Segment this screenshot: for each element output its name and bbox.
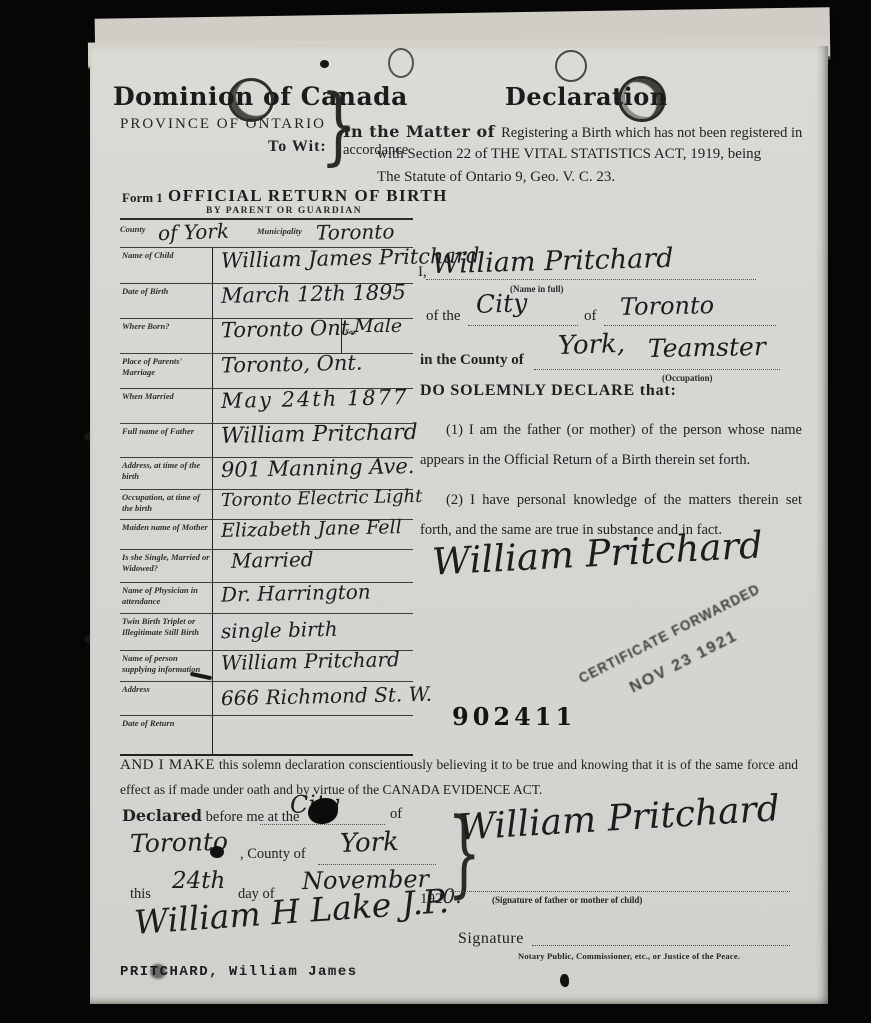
field-value: William Pritchard (221, 420, 418, 449)
table-row-date-of-return: Date of Return (120, 716, 413, 756)
this-label: this (130, 886, 151, 903)
solemnly-declare-heading: DO SOLEMNLY DECLARE that: (420, 382, 677, 400)
county-handwritten: York, (557, 329, 625, 361)
dotted-line (260, 824, 385, 825)
table-row: Twin Birth Triplet or Illegitimate Still… (120, 614, 413, 651)
table-row: Place of Parents' Marriage Toronto, Ont. (120, 354, 413, 389)
before-me-label: before me at the (206, 809, 300, 825)
signature-label: Signature (458, 930, 524, 948)
table-row: Name of person supplying information Wil… (120, 651, 413, 682)
table-row: When Married May 24th 1877 (120, 389, 413, 424)
field-value: Married (231, 547, 314, 573)
table-row-where-born: Where Born? Toronto Ont. Sex Male (120, 319, 413, 354)
dotted-line (534, 369, 780, 370)
city-handwritten: City (476, 288, 528, 319)
field-label: Address, at time of the birth (120, 458, 212, 489)
field-value: May 24th 1877 (221, 385, 409, 413)
table-row-county: County of York Municipality Toronto (120, 220, 413, 248)
registration-number: 902411 (452, 702, 576, 731)
matter-text-3: The Statute of Ontario 9, Geo. V. C. 23. (377, 169, 615, 186)
scanned-document: Dominion of Canada PROVINCE OF ONTARIO T… (0, 0, 871, 1023)
form-subtitle: BY PARENT OR GUARDIAN (206, 206, 362, 216)
dotted-line (468, 325, 578, 326)
field-label: Place of Parents' Marriage (120, 354, 212, 388)
table-row: Maiden name of Mother Elizabeth Jane Fel… (120, 520, 413, 550)
certificate-forwarded-stamp: CERTIFICATE FORWARDED NOV 23 1921 (555, 570, 800, 727)
field-label: Name of Child (120, 248, 212, 283)
field-label: Address (120, 682, 212, 715)
field-label: Name of Physician in attendance (120, 583, 212, 613)
declaration-clause-1: (1) I am the father (or mother) of the p… (420, 416, 802, 475)
field-value: Toronto Electric Light (221, 486, 423, 511)
to-wit-label: To Wit: (268, 138, 327, 156)
oath-lead: AND I MAKE (120, 757, 215, 773)
form-number: Form 1 (122, 190, 163, 206)
notary-caption: Notary Public, Commissioner, etc., or Ju… (518, 951, 740, 961)
ink-blot (560, 974, 569, 987)
field-label: Is she Single, Married or Widowed? (120, 550, 212, 582)
municipality-label: Municipality (257, 220, 302, 236)
matter-text-2: with Section 22 of THE VITAL STATISTICS … (377, 146, 761, 163)
declarant-name-handwritten: William Pritchard (432, 243, 674, 280)
ink-speck (320, 60, 329, 68)
field-label: Where Born? (120, 319, 212, 353)
table-row: Address, at time of the birth 901 Mannin… (120, 458, 413, 490)
field-label: Occupation, at time of the birth (120, 490, 212, 519)
of-label: of (390, 806, 402, 823)
field-label: Full name of Father (120, 424, 212, 457)
in-matter-label: In the Matter of (343, 122, 495, 141)
field-value: Dr. Harrington (221, 579, 371, 606)
field-value: Toronto Ont. (221, 316, 356, 343)
oath-text: this solemn declaration conscientiously … (120, 757, 798, 797)
of-label: of (584, 308, 597, 325)
field-value: Elizabeth Jane Fell (221, 516, 402, 542)
municipality-value: Toronto (316, 219, 395, 244)
field-label: When Married (120, 389, 212, 423)
signature-dotted-line (532, 945, 790, 946)
hole-punch-outline-icon (388, 48, 414, 78)
name-dotted-line (426, 279, 756, 280)
declared-label: Declared (122, 806, 202, 825)
county-of-label: , County of (240, 846, 306, 863)
table-row: Is she Single, Married or Widowed? Marri… (120, 550, 413, 583)
in-county-of-label: in the County of (420, 352, 524, 369)
sex-cell: Sex Male (341, 319, 413, 353)
place-handwritten: Toronto (620, 291, 715, 321)
field-value: single birth (221, 617, 338, 643)
field-label: Date of Birth (120, 284, 212, 318)
hole-punch-outline-icon (555, 50, 587, 82)
table-row: Occupation, at time of the birth Toronto… (120, 490, 413, 520)
of-the-label: of the (426, 308, 461, 325)
field-label: Name of person supplying information (120, 651, 212, 681)
parent-signature-caption: (Signature of father or mother of child) (492, 895, 642, 905)
attestation-county-handwritten: York (339, 827, 399, 859)
day-handwritten: 24th (172, 868, 225, 894)
province-subtitle: PROVINCE OF ONTARIO (120, 116, 326, 133)
ink-blot (308, 798, 338, 824)
declaration-title: Declaration (505, 82, 668, 111)
field-label: Date of Return (120, 716, 212, 754)
table-row: Address 666 Richmond St. W. (120, 682, 413, 716)
occupation-handwritten: Teamster (648, 332, 766, 363)
county-value: of York (158, 219, 230, 245)
dotted-line (604, 325, 776, 326)
county-label: County (120, 220, 154, 234)
field-value: 901 Manning Ave. (221, 454, 415, 482)
field-value: 666 Richmond St. W. (221, 682, 432, 710)
declared-before-line: Declared before me at the (122, 806, 299, 826)
field-value: Toronto, Ont. (221, 351, 363, 378)
field-value: March 12th 1895 (221, 280, 406, 308)
ink-smudge (150, 964, 166, 979)
dominion-title: Dominion of Canada (113, 82, 408, 111)
table-row: Date of Birth March 12th 1895 (120, 284, 413, 319)
signature-dotted-line (450, 891, 790, 892)
table-row: Full name of Father William Pritchard (120, 424, 413, 458)
table-row: Name of Child William James Pritchard (120, 248, 413, 284)
field-label: Twin Birth Triplet or Illegitimate Still… (120, 614, 212, 650)
table-row: Name of Physician in attendance Dr. Harr… (120, 583, 413, 614)
birth-return-table: County of York Municipality Toronto Name… (120, 218, 413, 756)
field-value: William Pritchard (221, 647, 400, 675)
sex-value: Male (354, 315, 402, 337)
document-page: Dominion of Canada PROVINCE OF ONTARIO T… (90, 46, 828, 1004)
form-title: OFFICIAL RETURN OF BIRTH (168, 186, 448, 206)
field-label: Maiden name of Mother (120, 520, 212, 549)
ink-blot (210, 846, 224, 858)
